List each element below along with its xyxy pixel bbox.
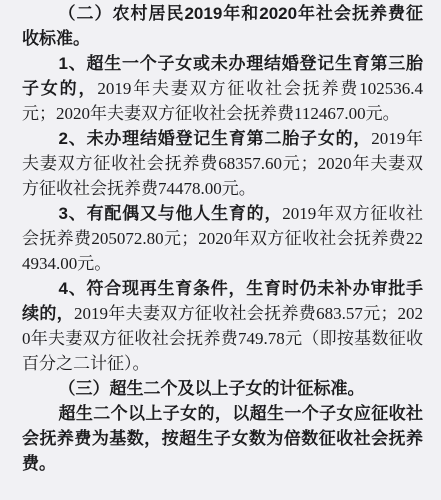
text-segment-bold: 2、未办理结婚登记生育第二胎子女的，: [59, 129, 372, 148]
item-1: 1、超生一个子女或未办理结婚登记生育第三胎子女的，2019年夫妻双方征收社会抚养…: [22, 51, 423, 126]
item-2: 2、未办理结婚登记生育第二胎子女的，2019年夫妻双方征收社会抚养费68357.…: [22, 126, 423, 201]
text-segment-bold: （二）农村居民2019年和2020年社会抚养费征收标准。: [22, 4, 423, 48]
document-body: （二）农村居民2019年和2020年社会抚养费征收标准。1、超生一个子女或未办理…: [0, 0, 441, 500]
item-4: 4、符合现再生育条件，生育时仍未补办审批手续的，2019年夫妻双方征收社会抚养费…: [22, 276, 423, 376]
section-2-heading: （二）农村居民2019年和2020年社会抚养费征收标准。: [22, 1, 423, 51]
section-3-heading: （三）超生二个及以上子女的计征标准。: [22, 376, 423, 401]
item-3: 3、有配偶又与他人生育的，2019年双方征收社会抚养费205072.80元；20…: [22, 201, 423, 276]
page: { "page": { "background_color": "#f1f1f4…: [0, 0, 441, 500]
text-segment-bold: （三）超生二个及以上子女的计征标准。: [59, 379, 365, 398]
text-segment-bold: 3、有配偶又与他人生育的，: [59, 204, 283, 223]
section-3-body: 超生二个以上子女的，以超生一个子女应征收社会抚养费为基数，按超生子女数为倍数征收…: [22, 401, 423, 476]
text-segment-bold: 超生二个以上子女的，以超生一个子女应征收社会抚养费为基数，按超生子女数为倍数征收…: [22, 404, 423, 473]
